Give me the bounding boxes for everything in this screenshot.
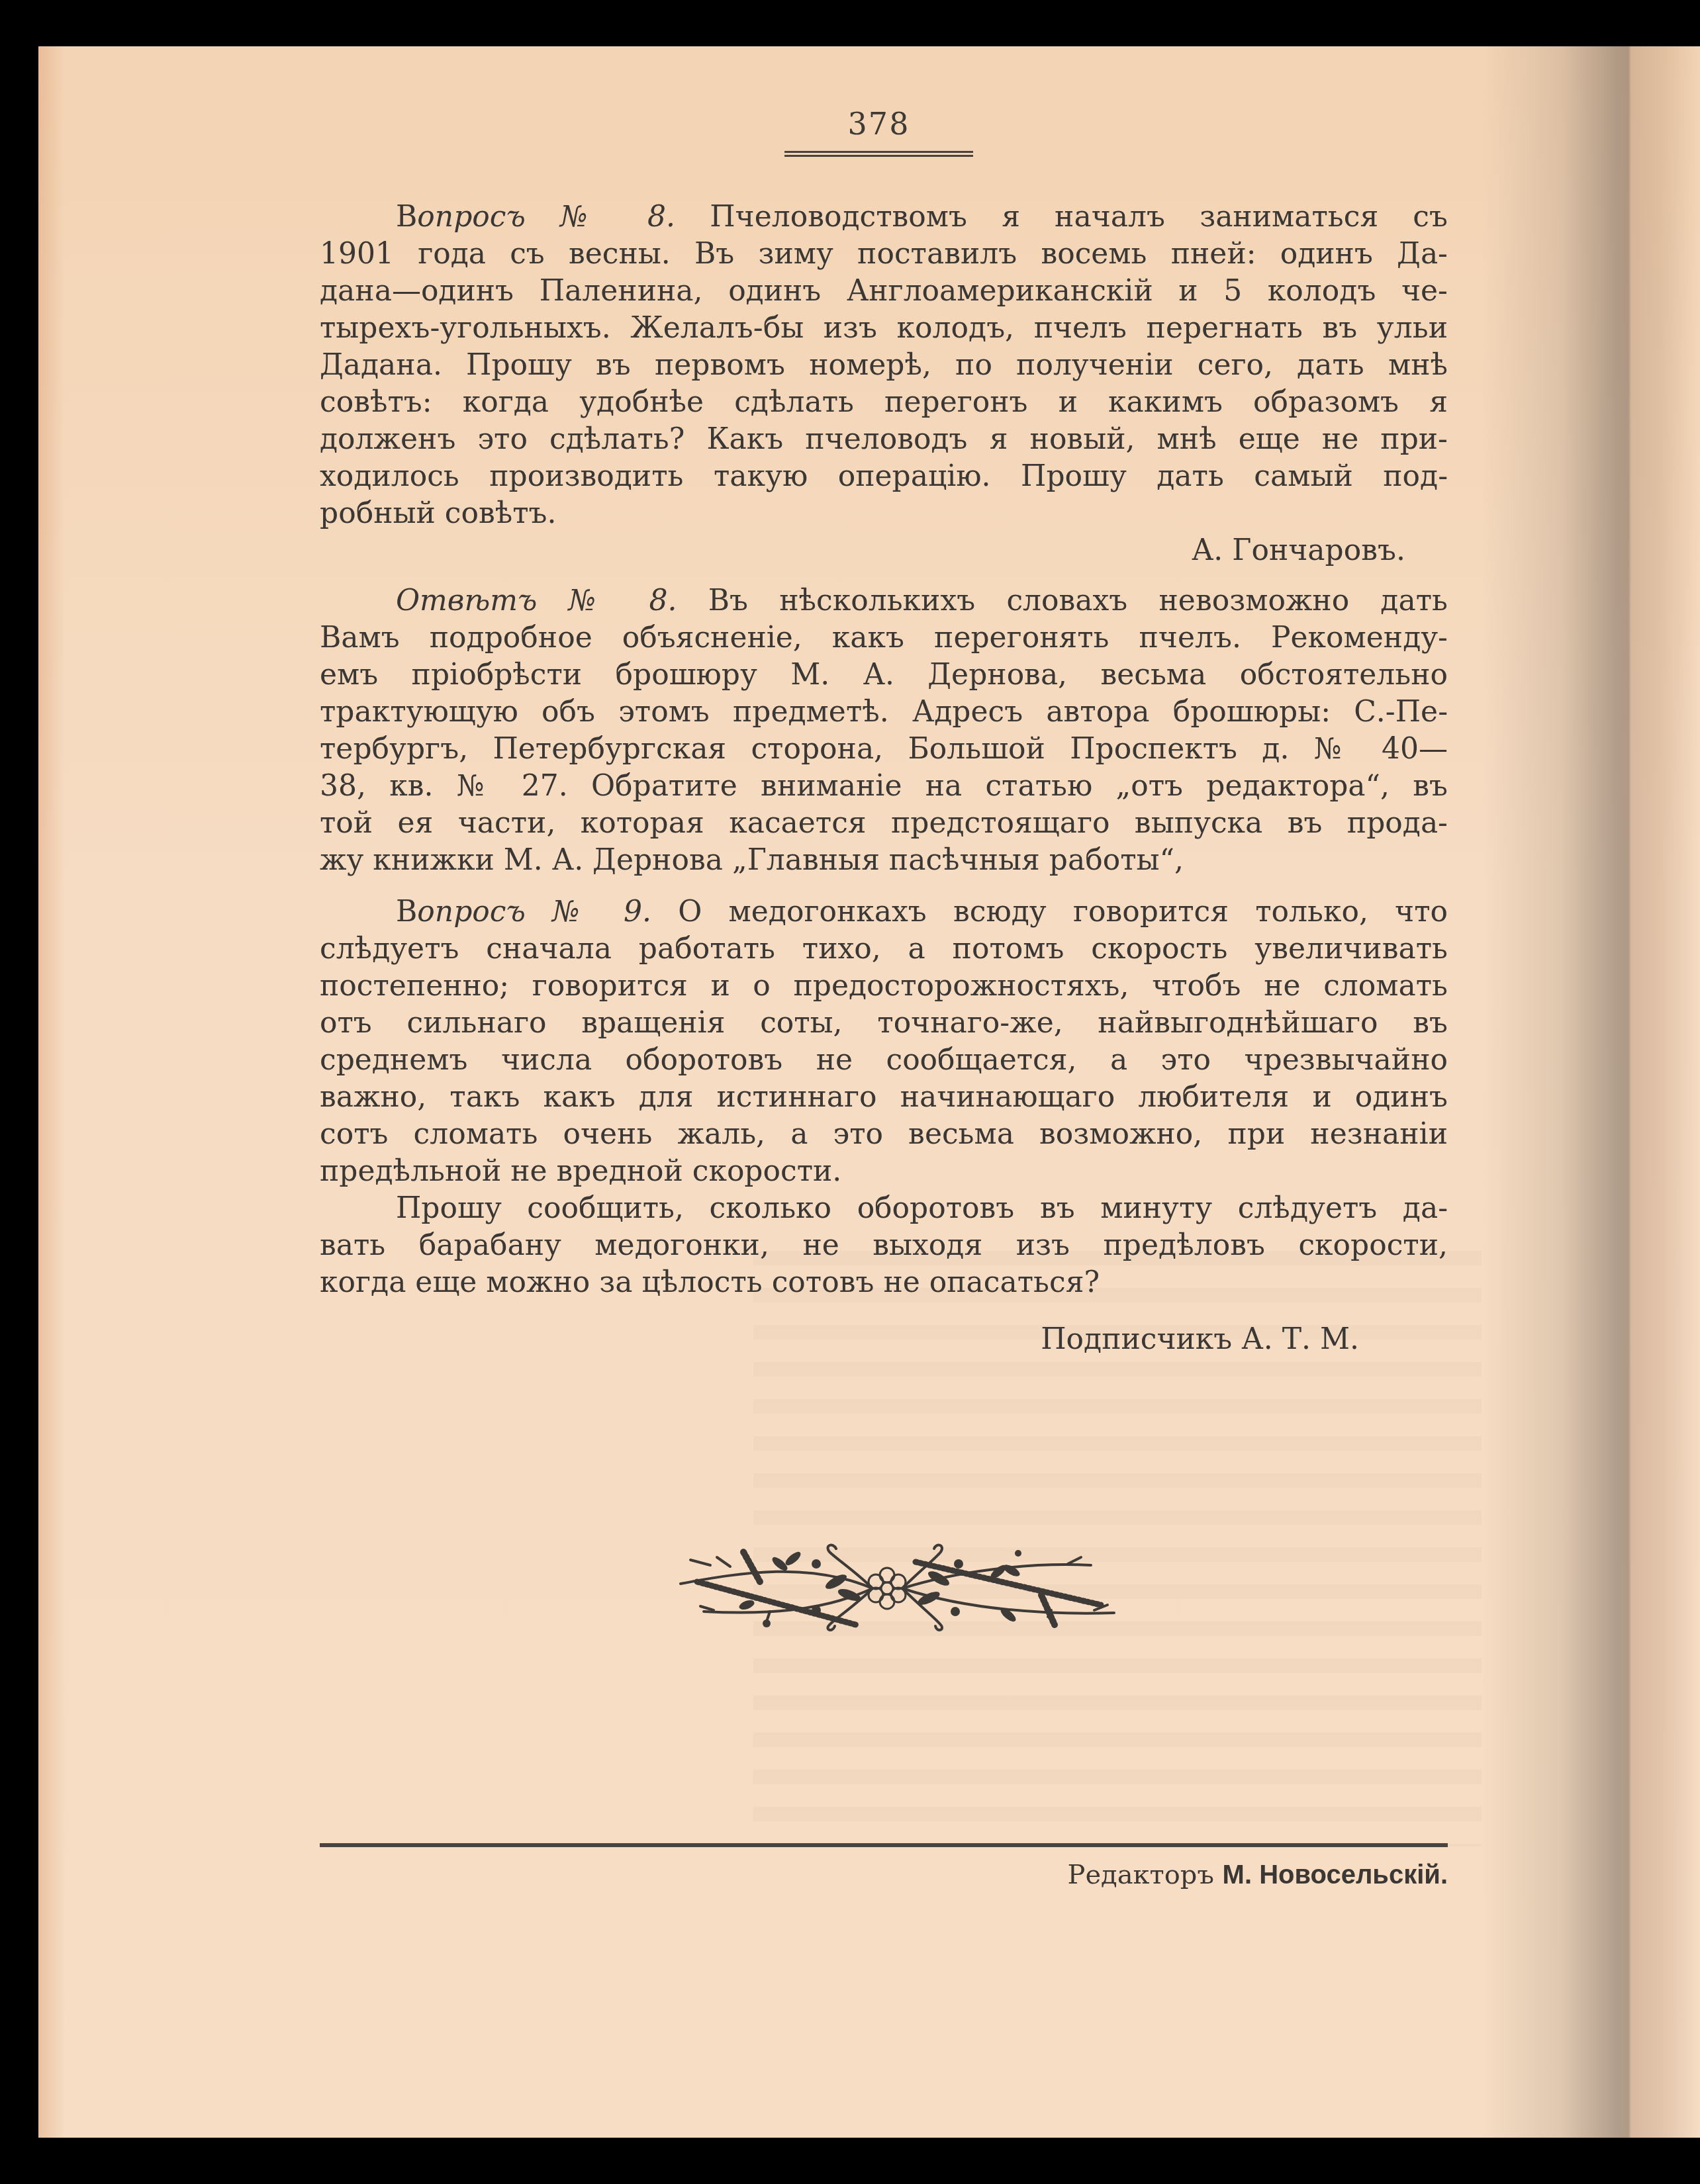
question9-signature: Подписчикъ А. Т. М. <box>320 1321 1359 1358</box>
text-line: тырехъ-угольныхъ. Желалъ-бы изъ колодъ, … <box>320 310 1448 347</box>
book-page: 378 Вопросъ № 8. Пчеловодствомъ я началъ… <box>38 46 1700 2138</box>
question8-label: Вопросъ <box>396 200 526 234</box>
answer8-line-1: Отвѣтъ № 8. Въ нѣсколькихъ словахъ невоз… <box>320 582 1448 619</box>
page-number: 378 <box>784 106 973 142</box>
text-line: среднемъ числа оборотовъ не сообщается, … <box>320 1042 1448 1079</box>
text-line: Пчеловодствомъ я началъ заниматься съ <box>710 200 1448 234</box>
text-line: предѣльной не вредной скорости. <box>320 1153 1448 1190</box>
text-line: той ея части, которая касается предстоящ… <box>320 805 1448 842</box>
text-line: важно, такъ какъ для истиннаго начинающа… <box>320 1079 1448 1116</box>
text-line: долженъ это сдѣлать? Какъ пчеловодъ я но… <box>320 421 1448 458</box>
text-line: совѣтъ: когда удобнѣе сдѣлать перегонъ и… <box>320 384 1448 421</box>
editor-label: Редакторъ <box>1068 1860 1214 1890</box>
editor-name: М. Новосельскій. <box>1223 1860 1448 1889</box>
text-line: робный совѣтъ. <box>320 495 1448 532</box>
question8-number: № 8. <box>560 200 675 234</box>
text-line: Дадана. Прошу въ первомъ номерѣ, по полу… <box>320 347 1448 384</box>
text-line: ходилось производить такую операцію. Про… <box>320 458 1448 495</box>
page-number-double-rule <box>784 151 973 157</box>
page-edge-shadow <box>38 46 65 2138</box>
text-line: слѣдуетъ сначала работать тихо, а потомъ… <box>320 931 1448 968</box>
answer8-label: Отвѣтъ <box>396 584 537 617</box>
text-line: дана—одинъ Паленина, одинъ Англоамерикан… <box>320 273 1448 310</box>
text-line: когда еще можно за цѣлость сотовъ не опа… <box>320 1264 1448 1301</box>
question9-label: Вопросъ <box>396 895 526 929</box>
answer8-number: № 8. <box>568 584 677 617</box>
text-line: отъ сильнаго вращенія соты, точнаго-же, … <box>320 1005 1448 1042</box>
text-line: Вамъ подробное объясненіе, какъ перегоня… <box>320 619 1448 657</box>
footer-rule <box>320 1843 1448 1847</box>
question8-signature: А. Гончаровъ. <box>320 532 1405 569</box>
question8-line-1: Вопросъ № 8. Пчеловодствомъ я началъ зан… <box>320 199 1448 236</box>
question9-number: № 9. <box>552 895 651 929</box>
text-line: трактующую объ этомъ предметѣ. Адресъ ав… <box>320 694 1448 731</box>
text-line: 1901 года съ весны. Въ зиму поставилъ во… <box>320 236 1448 273</box>
text-line: сотъ сломать очень жаль, а это весьма во… <box>320 1116 1448 1153</box>
text-line: Прошу сообщить, сколько оборотовъ въ мин… <box>320 1190 1448 1227</box>
text-line: тербургъ, Петербургская сторона, Большой… <box>320 731 1448 768</box>
text-line: жу книжки М. А. Дернова „Главныя пасѣчны… <box>320 842 1448 879</box>
editor-credit: Редакторъ М. Новосельскій. <box>320 1860 1448 1890</box>
text-line: постепенно; говорится и о предосторожнос… <box>320 968 1448 1005</box>
floral-vignette-icon <box>637 1525 1134 1635</box>
text-line: О медогонкахъ всюду говорится только, чт… <box>678 895 1448 929</box>
question9-line-1: Вопросъ № 9. О медогонкахъ всюду говорит… <box>320 893 1448 931</box>
text-line: емъ пріобрѣсти брошюру М. А. Дернова, ве… <box>320 657 1448 694</box>
text-line: Въ нѣсколькихъ словахъ невозможно дать <box>708 584 1448 617</box>
text-line: вать барабану медогонки, не выходя изъ п… <box>320 1227 1448 1264</box>
text-line: 38, кв. № 27. Обратите вниманіе на стать… <box>320 768 1448 805</box>
